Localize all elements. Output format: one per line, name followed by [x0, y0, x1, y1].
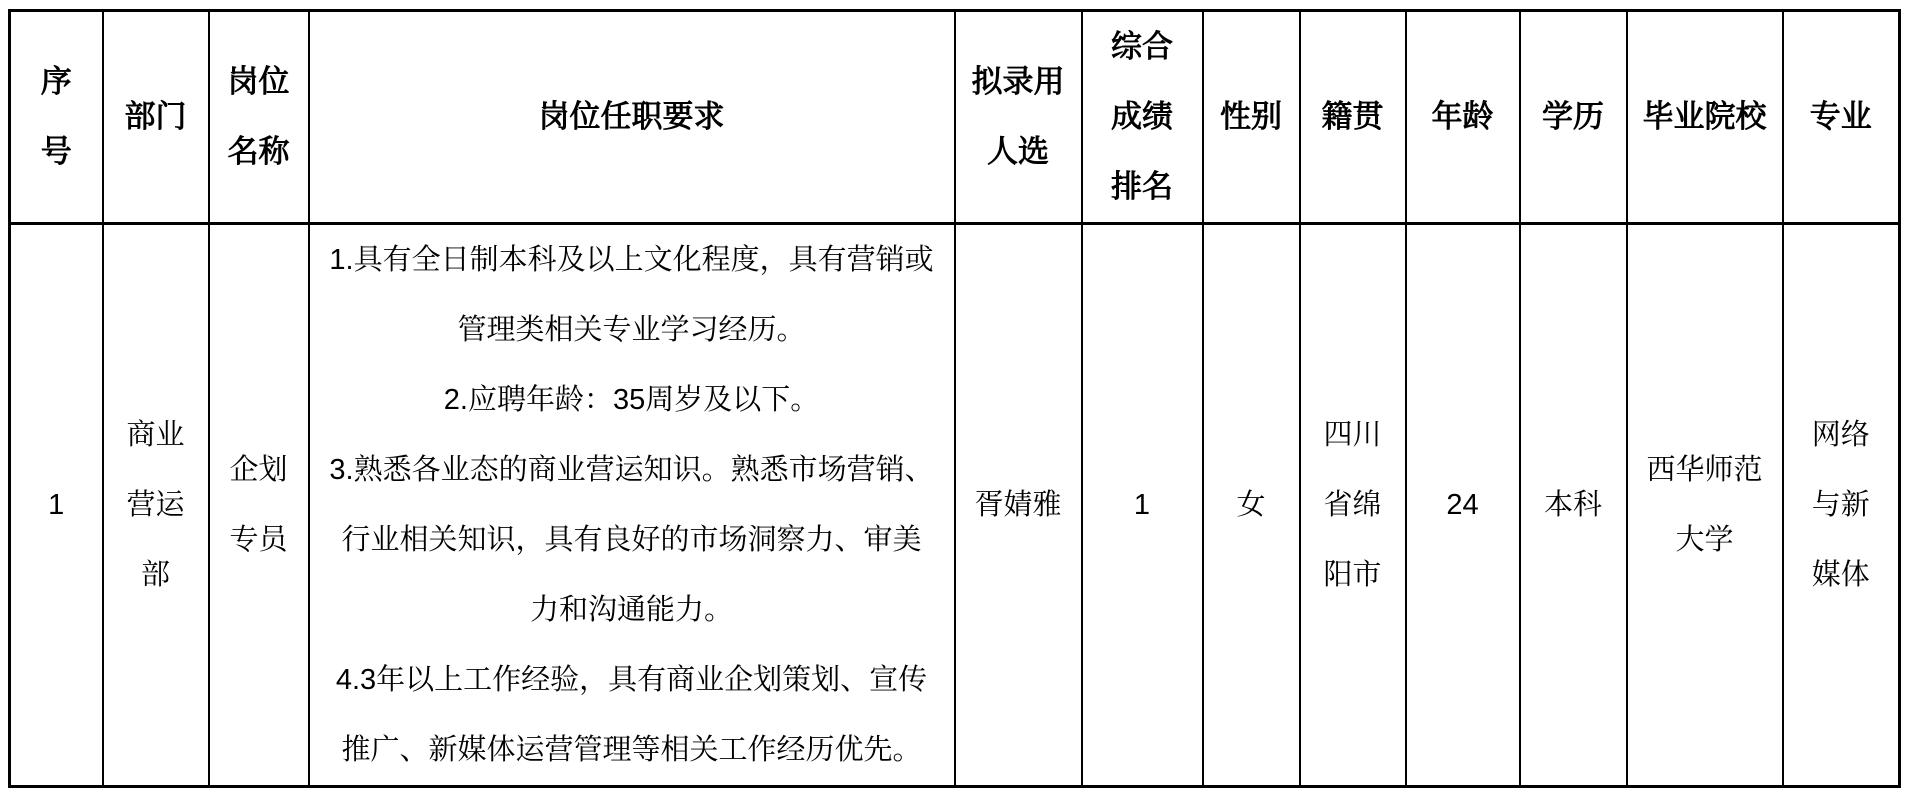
column-header-native-place: 籍贯 — [1300, 11, 1406, 224]
cell-university: 西华师范 大学 — [1627, 224, 1783, 787]
cell-education: 本科 — [1520, 224, 1627, 787]
cell-native-place: 四川 省绵 阳市 — [1300, 224, 1406, 787]
recruitment-result-table: 序 号 部门 岗位 名称 岗位任职要求 拟录用 人选 综合 成绩 排名 性别 籍… — [8, 9, 1901, 788]
cell-major: 网络 与新 媒体 — [1783, 224, 1900, 787]
cell-position: 企划 专员 — [209, 224, 309, 787]
column-header-education: 学历 — [1520, 11, 1627, 224]
column-header-major: 专业 — [1783, 11, 1900, 224]
column-header-position: 岗位 名称 — [209, 11, 309, 224]
column-header-requirements: 岗位任职要求 — [309, 11, 955, 224]
cell-seq: 1 — [10, 224, 103, 787]
cell-requirements: 1.具有全日制本科及以上文化程度，具有营销或 管理类相关专业学习经历。 2.应聘… — [309, 224, 955, 787]
cell-age: 24 — [1406, 224, 1520, 787]
cell-department: 商业 营运 部 — [103, 224, 209, 787]
table-row: 1 商业 营运 部 企划 专员 1.具有全日制本科及以上文化程度，具有营销或 管… — [10, 224, 1900, 787]
column-header-rank: 综合 成绩 排名 — [1082, 11, 1203, 224]
table-header-row: 序 号 部门 岗位 名称 岗位任职要求 拟录用 人选 综合 成绩 排名 性别 籍… — [10, 11, 1900, 224]
cell-rank: 1 — [1082, 224, 1203, 787]
column-header-seq: 序 号 — [10, 11, 103, 224]
column-header-university: 毕业院校 — [1627, 11, 1783, 224]
cell-candidate: 胥婧雅 — [955, 224, 1082, 787]
column-header-department: 部门 — [103, 11, 209, 224]
document-page: 序 号 部门 岗位 名称 岗位任职要求 拟录用 人选 综合 成绩 排名 性别 籍… — [0, 0, 1911, 791]
column-header-candidate: 拟录用 人选 — [955, 11, 1082, 224]
column-header-gender: 性别 — [1203, 11, 1300, 224]
cell-gender: 女 — [1203, 224, 1300, 787]
column-header-age: 年龄 — [1406, 11, 1520, 224]
